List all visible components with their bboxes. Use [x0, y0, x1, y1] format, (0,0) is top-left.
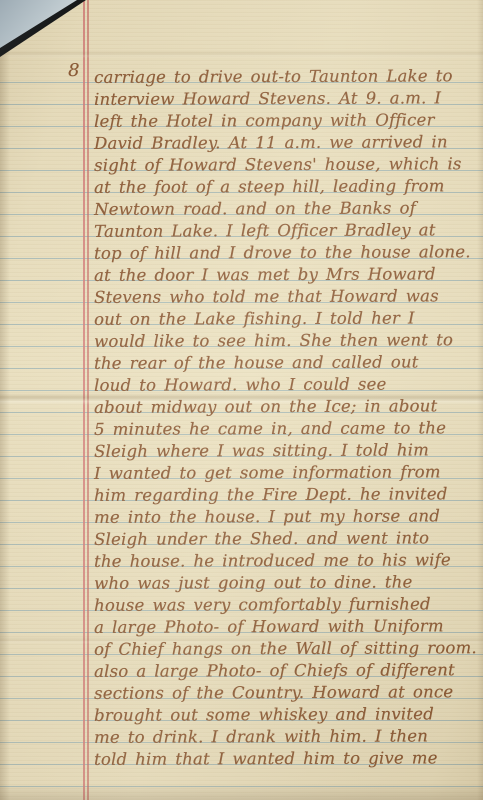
handwritten-line: house was very comfortably furnished	[94, 593, 472, 617]
handwritten-line: brought out some whiskey and invited	[94, 703, 472, 727]
page-corner-fold	[0, 0, 77, 48]
handwritten-line: 5 minutes he came in, and came to the	[94, 417, 472, 441]
margin-rule-outer	[83, 0, 85, 800]
handwritten-line: carriage to drive out-to Taunton Lake to	[94, 65, 472, 89]
handwritten-line: him regarding the Fire Dept. he invited	[94, 483, 472, 507]
handwritten-line: would like to see him. She then went to	[94, 329, 472, 353]
handwritten-line: Sleigh where I was sitting. I told him	[94, 439, 472, 463]
handwritten-line: a large Photo- of Howard with Uniform	[94, 615, 472, 639]
handwritten-line: Sleigh under the Shed. and went into	[94, 527, 472, 551]
handwritten-line: who was just going out to dine. the	[94, 571, 472, 595]
handwritten-line: about midway out on the Ice; in about	[94, 395, 472, 419]
handwritten-line: at the foot of a steep hill, leading fro…	[94, 175, 472, 199]
handwritten-line: interview Howard Stevens. At 9. a.m. I	[94, 87, 472, 111]
handwritten-line: me into the house. I put my horse and	[94, 505, 472, 529]
journal-page: 8 carriage to drive out-to Taunton Lake …	[0, 0, 483, 800]
handwritten-line: top of hill and I drove to the house alo…	[94, 241, 472, 265]
handwritten-line: Stevens who told me that Howard was	[94, 285, 472, 309]
handwritten-line: Newtown road. and on the Banks of	[94, 197, 472, 221]
handwritten-line: me to drink. I drank with him. I then	[94, 725, 472, 749]
handwritten-line: out on the Lake fishing. I told her I	[94, 307, 472, 331]
paper-crease-top	[0, 50, 483, 58]
handwritten-line: left the Hotel in company with Officer	[94, 109, 472, 133]
handwritten-line: Taunton Lake. I left Officer Bradley at	[94, 219, 472, 243]
handwritten-line: David Bradley. At 11 a.m. we arrived in	[94, 131, 472, 155]
handwritten-line: also a large Photo- of Chiefs of differe…	[94, 659, 472, 683]
handwritten-line: sight of Howard Stevens' house, which is	[94, 153, 472, 177]
page-number: 8	[68, 60, 79, 81]
handwritten-line: at the door I was met by Mrs Howard	[94, 263, 472, 287]
handwritten-line: sections of the Country. Howard at once	[94, 681, 472, 705]
handwritten-line: the house. he introduced me to his wife	[94, 549, 472, 573]
margin-rule-inner	[87, 0, 89, 800]
handwritten-line: of Chief hangs on the Wall of sitting ro…	[94, 637, 472, 661]
handwritten-line: loud to Howard. who I could see	[94, 373, 472, 397]
handwritten-line: told him that I wanted him to give me	[94, 747, 472, 771]
handwritten-line: the rear of the house and called out	[94, 351, 472, 375]
handwritten-line: I wanted to get some information from	[94, 461, 472, 485]
